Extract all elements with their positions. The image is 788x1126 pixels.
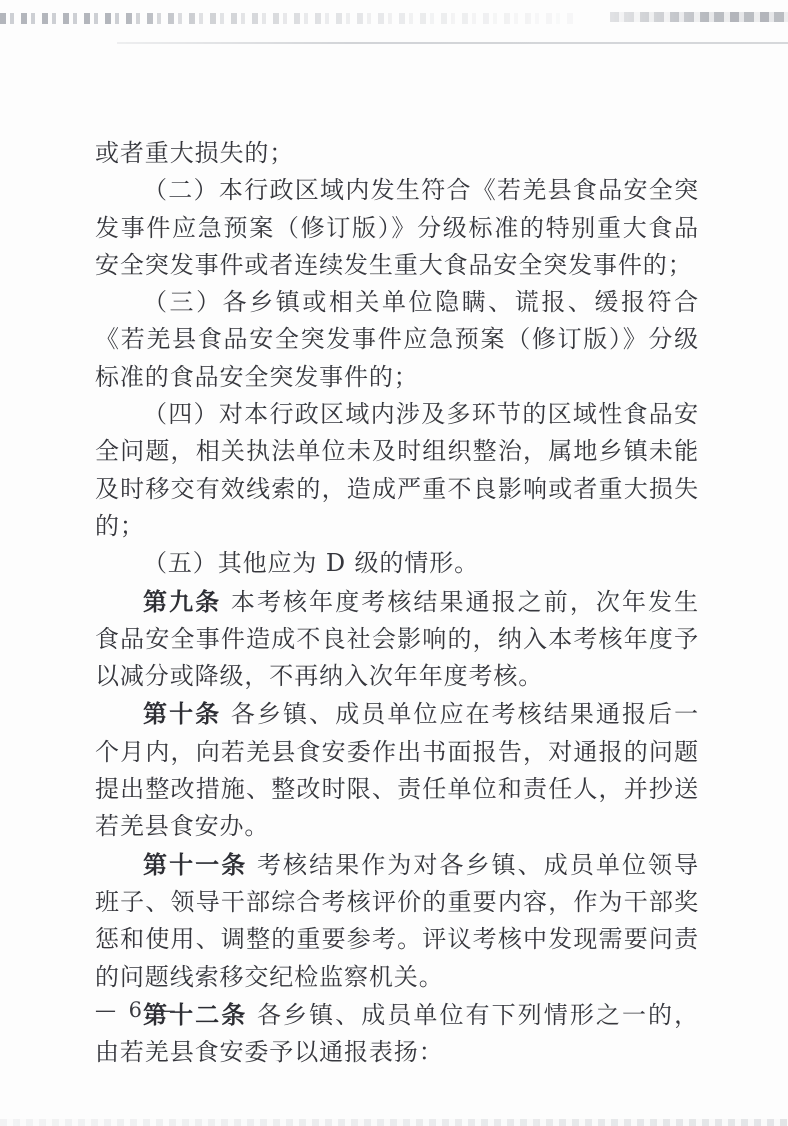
paragraph-clause-5: （五）其他应为 D 级的情形。: [95, 545, 699, 582]
paragraph-article-9: 第九条 本考核年度考核结果通报之前，次年发生食品安全事件造成不良社会影响的，纳入…: [95, 583, 699, 696]
article-11-number: 第十一条: [143, 850, 247, 879]
article-10-number: 第十条: [143, 699, 221, 728]
scan-smudge-bottom: [0, 1119, 788, 1126]
paragraph-continuation: 或者重大损失的；: [95, 135, 699, 172]
paragraph-article-11: 第十一条 考核结果作为对各乡镇、成员单位领导班子、领导干部综合考核评价的重要内容…: [95, 846, 699, 996]
scan-smudge-top-left: [0, 13, 575, 24]
page-footer: — 6 —: [95, 998, 179, 1022]
scan-line-top: [117, 42, 788, 44]
paragraph-article-12: 第十二条 各乡镇、成员单位有下列情形之一的，由若羌县食安委予以通报表扬：: [95, 996, 699, 1072]
paragraph-clause-2: （二）本行政区域内发生符合《若羌县食品安全突发事件应急预案（修订版）》分级标准的…: [95, 172, 699, 284]
scan-smudge-top-right: [610, 12, 788, 22]
document-page: 或者重大损失的； （二）本行政区域内发生符合《若羌县食品安全突发事件应急预案（修…: [0, 0, 788, 1126]
document-body: 或者重大损失的； （二）本行政区域内发生符合《若羌县食品安全突发事件应急预案（修…: [95, 135, 699, 1071]
paragraph-article-10: 第十条 各乡镇、成员单位应在考核结果通报后一个月内，向若羌县食安委作出书面报告，…: [95, 695, 699, 845]
paragraph-clause-4: （四）对本行政区域内涉及多环节的区域性食品安全问题，相关执法单位未及时组织整治，…: [95, 396, 699, 545]
page-number: — 6 —: [95, 998, 179, 1022]
paragraph-clause-3: （三）各乡镇或相关单位隐瞒、谎报、缓报符合《若羌县食品安全突发事件应急预案（修订…: [95, 284, 699, 396]
article-9-number: 第九条: [143, 587, 221, 616]
